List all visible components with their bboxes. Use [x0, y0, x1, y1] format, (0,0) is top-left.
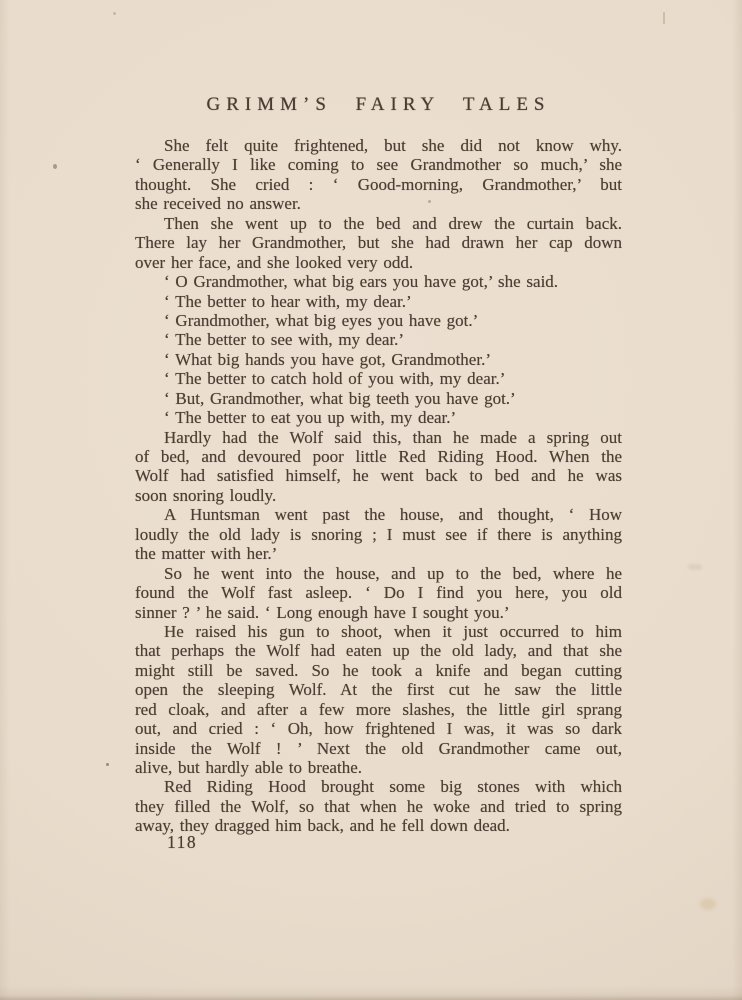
- text-line: ‘ The better to eat you up with, my dear…: [135, 408, 622, 427]
- paper-speck: [106, 763, 109, 766]
- paper-smudge: [688, 564, 702, 570]
- text-line: ‘ O Grandmother, what big ears you have …: [135, 272, 622, 291]
- text-line: found the Wolf fast asleep. ‘ Do I find …: [135, 583, 622, 602]
- text-line: away, they dragged him back, and he fell…: [135, 816, 622, 835]
- text-line: ‘ Generally I like coming to see Grandmo…: [135, 155, 622, 174]
- paper-speck: [113, 12, 116, 15]
- text-line: of bed, and devoured poor little Red Rid…: [135, 447, 622, 466]
- text-line: they filled the Wolf, so that when he wo…: [135, 797, 622, 816]
- text-line: So he went into the house, and up to the…: [135, 564, 622, 583]
- paper-speck: [428, 200, 431, 203]
- text-line: might still be saved. So he took a knife…: [135, 661, 622, 680]
- text-line: open the sleeping Wolf. At the first cut…: [135, 680, 622, 699]
- text-line: loudly the old lady is snoring ; I must …: [135, 525, 622, 544]
- text-line: He raised his gun to shoot, when it just…: [135, 622, 622, 641]
- text-line: thought. She cried : ‘ Good-morning, Gra…: [135, 175, 622, 194]
- text-line: Wolf had satisfied himself, he went back…: [135, 466, 622, 485]
- paper-stain: [700, 898, 716, 910]
- text-line: ‘ The better to catch hold of you with, …: [135, 369, 622, 388]
- text-line: alive, but hardly able to breathe.: [135, 758, 622, 777]
- text-line: the matter with her.’: [135, 544, 622, 563]
- text-line: red cloak, and after a few more slashes,…: [135, 700, 622, 719]
- running-head: GRIMM’S FAIRY TALES: [135, 94, 622, 116]
- text-block: She felt quite frightened, but she did n…: [135, 136, 622, 836]
- paper-speck: [663, 12, 665, 24]
- text-line: Red Riding Hood brought some big stones …: [135, 777, 622, 796]
- text-line: inside the Wolf ! ’ Next the old Grandmo…: [135, 739, 622, 758]
- text-line: There lay her Grandmother, but she had d…: [135, 233, 622, 252]
- text-line: soon snoring loudly.: [135, 486, 622, 505]
- text-line: ‘ The better to see with, my dear.’: [135, 330, 622, 349]
- text-line: Hardly had the Wolf said this, than he m…: [135, 428, 622, 447]
- text-line: over her face, and she looked very odd.: [135, 253, 622, 272]
- book-page-scan: GRIMM’S FAIRY TALES She felt quite frigh…: [0, 0, 742, 1000]
- text-line: ‘ The better to hear with, my dear.’: [135, 292, 622, 311]
- page-number: 118: [167, 832, 197, 853]
- text-line: ‘ What big hands you have got, Grandmoth…: [135, 350, 622, 369]
- text-line: ‘ But, Grandmother, what big teeth you h…: [135, 389, 622, 408]
- text-line: sinner ? ’ he said. ‘ Long enough have I…: [135, 603, 622, 622]
- text-line: Then she went up to the bed and drew the…: [135, 214, 622, 233]
- text-line: A Huntsman went past the house, and thou…: [135, 505, 622, 524]
- text-line: out, and cried : ‘ Oh, how frightened I …: [135, 719, 622, 738]
- text-line: that perhaps the Wolf had eaten up the o…: [135, 641, 622, 660]
- paper-speck: [53, 164, 57, 169]
- text-line: she received no answer.: [135, 194, 622, 213]
- text-line: ‘ Grandmother, what big eyes you have go…: [135, 311, 622, 330]
- text-line: She felt quite frightened, but she did n…: [135, 136, 622, 155]
